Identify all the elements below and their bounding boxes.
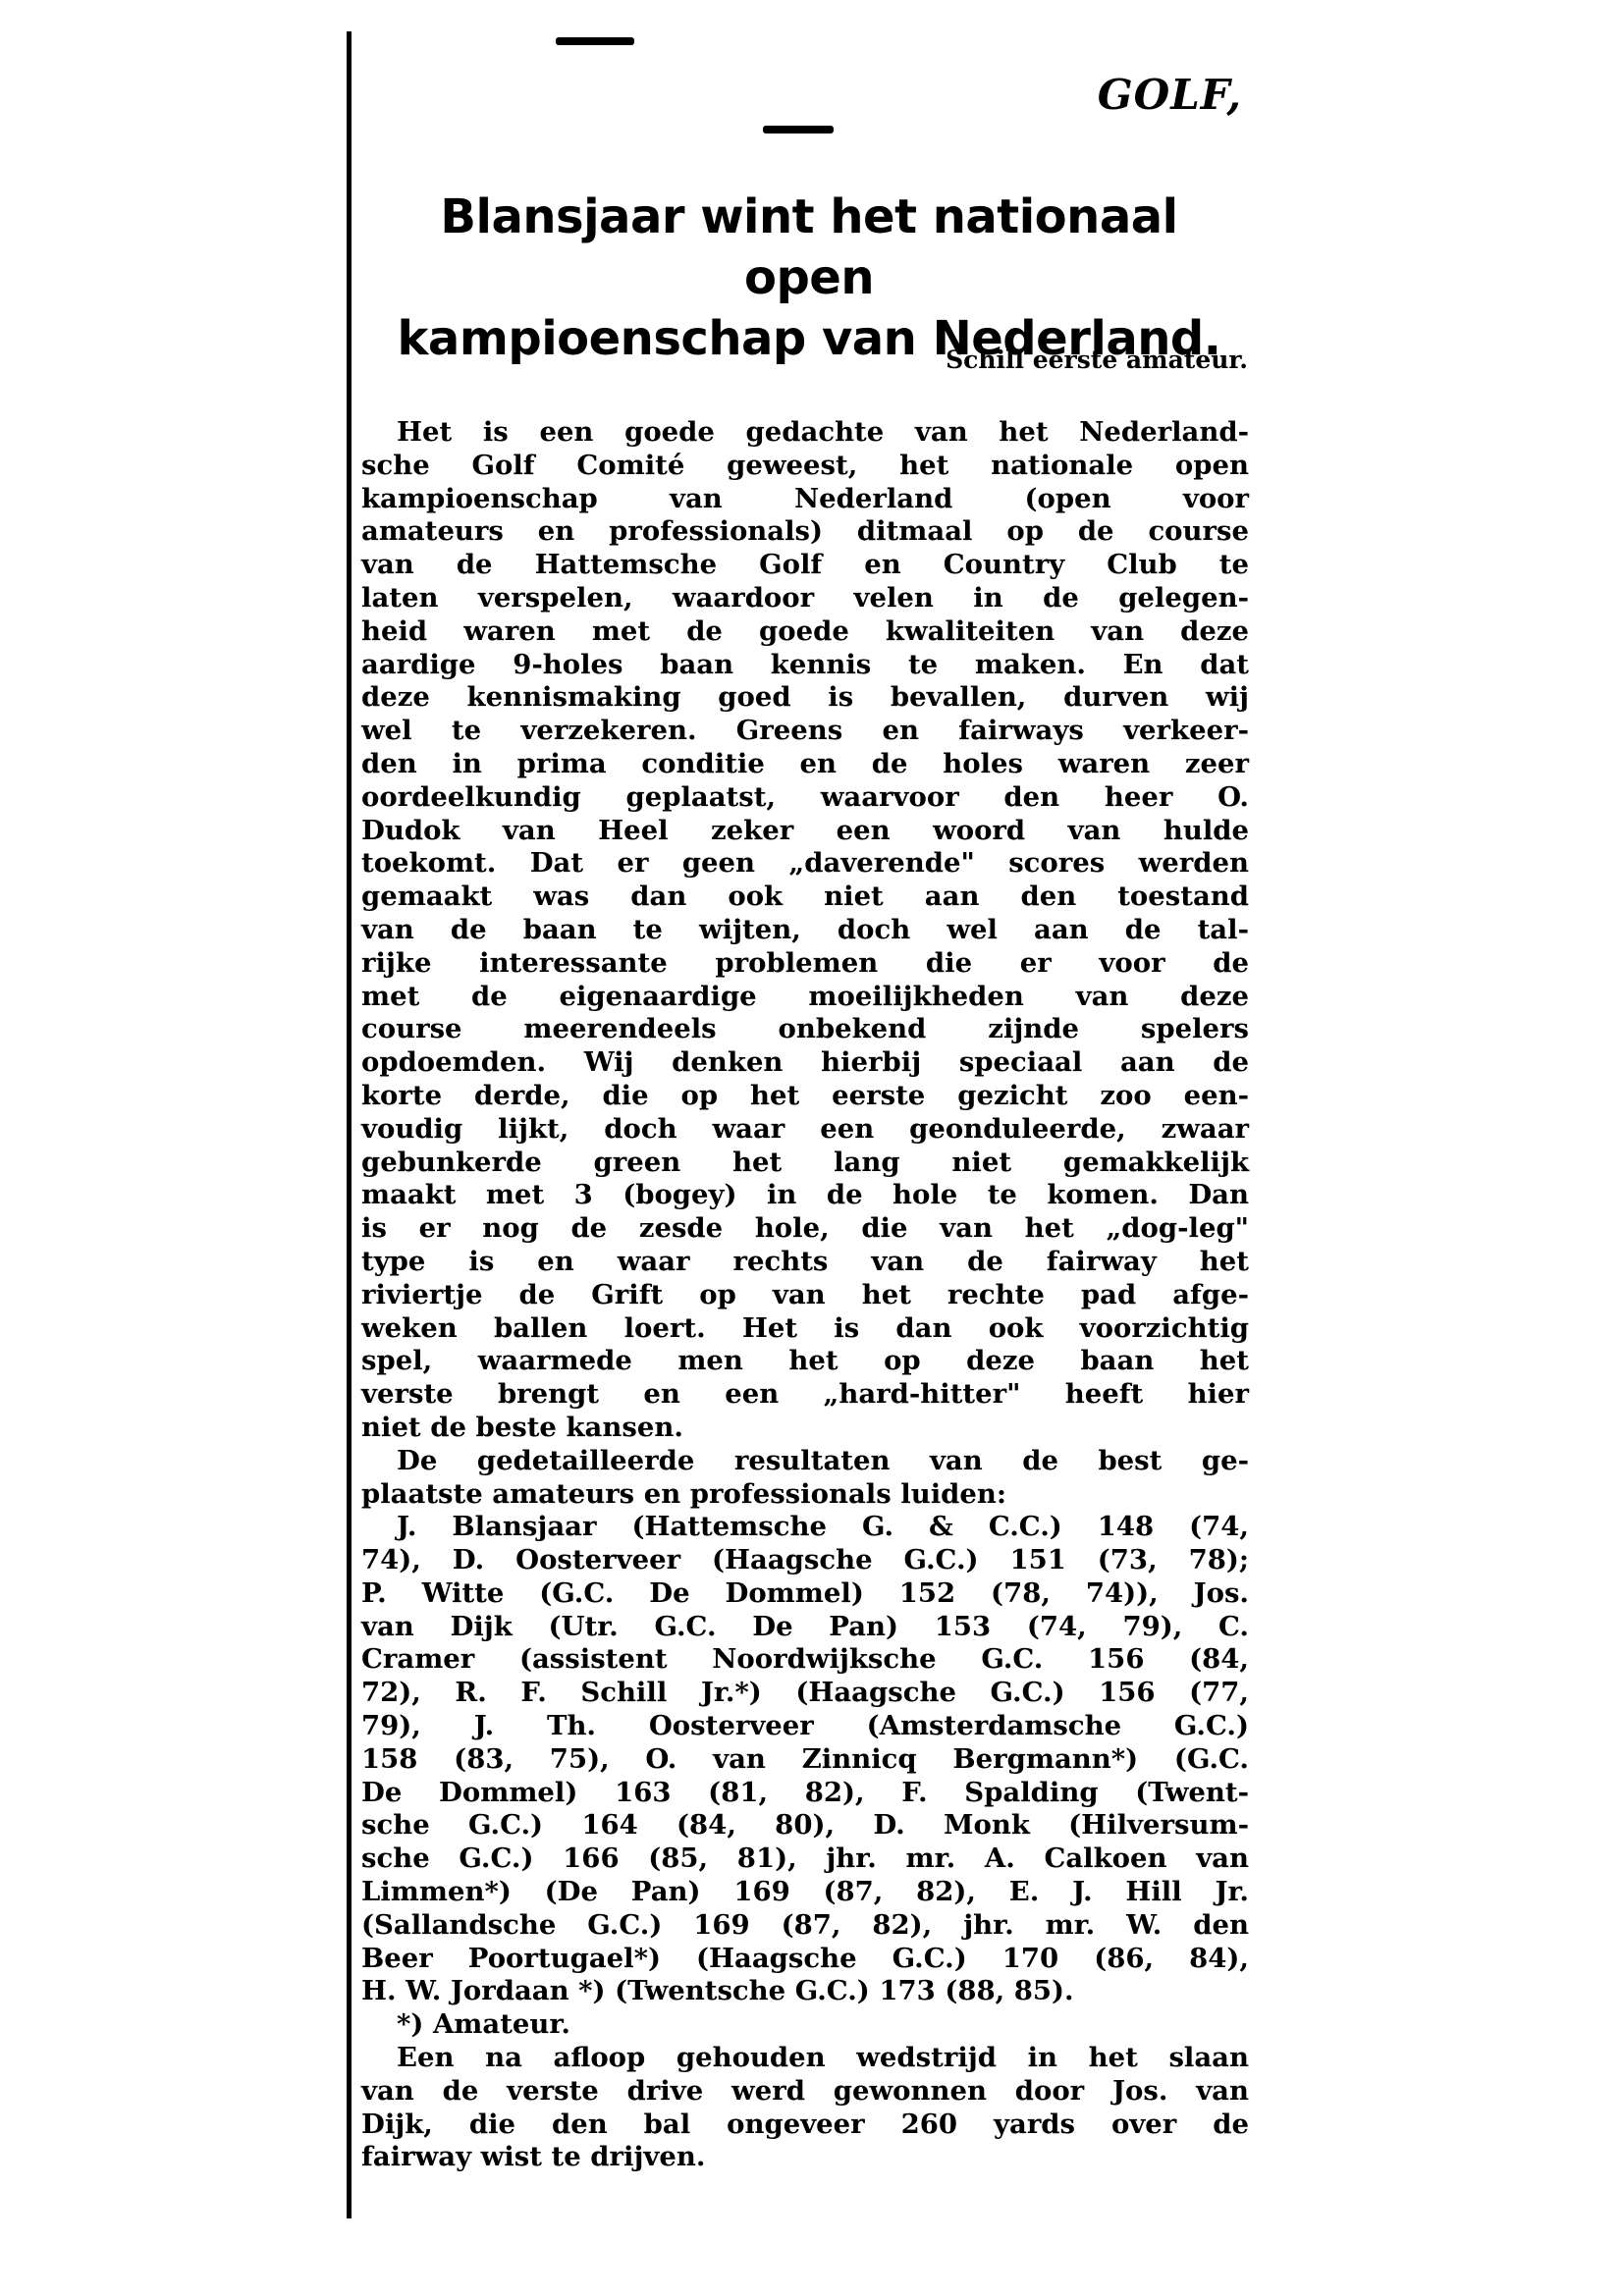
column-rule <box>347 31 352 2218</box>
paragraph: J. Blansjaar (Hattemsche G. & C.C.) 148 … <box>361 1511 1249 2008</box>
paragraph: Een na afloop gehouden wedstrijd in het … <box>361 2042 1249 2174</box>
text-line: voudig lijkt, doch waar een geonduleerde… <box>361 1113 1249 1147</box>
text-line: 158 (83, 75), O. van Zinnicq Bergmann*) … <box>361 1743 1249 1777</box>
text-line: sche G.C.) 166 (85, 81), jhr. mr. A. Cal… <box>361 1842 1249 1876</box>
headline-line-1: Blansjaar wint het nationaal open <box>377 187 1241 308</box>
section-label: GOLF, <box>1098 71 1242 119</box>
text-line: weken ballen loert. Het is dan ook voorz… <box>361 1312 1249 1346</box>
paragraph: Het is een goede gedachte van het Nederl… <box>361 416 1249 1445</box>
text-line: H. W. Jordaan *) (Twentsche G.C.) 173 (8… <box>361 1975 1249 2008</box>
text-line: amateurs en professionals) ditmaal op de… <box>361 515 1249 549</box>
text-line: met de eigenaardige moeilijkheden van de… <box>361 981 1249 1014</box>
text-line: van de baan te wijten, doch wel aan de t… <box>361 914 1249 947</box>
text-line: plaatste amateurs en professionals luide… <box>361 1478 1249 1512</box>
text-line: oordeelkundig geplaatst, waarvoor den he… <box>361 781 1249 815</box>
text-line: riviertje de Grift op van het rechte pad… <box>361 1279 1249 1312</box>
text-line: den in prima conditie en de holes waren … <box>361 748 1249 781</box>
text-line: aardige 9-holes baan kennis te maken. En… <box>361 649 1249 682</box>
text-line: type is en waar rechts van de fairway he… <box>361 1246 1249 1279</box>
text-line: (Sallandsche G.C.) 169 (87, 82), jhr. mr… <box>361 1909 1249 1943</box>
text-line: verste brengt en een „hard-hitter" heeft… <box>361 1378 1249 1412</box>
text-line: Beer Poortugael*) (Haagsche G.C.) 170 (8… <box>361 1943 1249 1976</box>
text-line: wel te verzekeren. Greens en fairways ve… <box>361 715 1249 748</box>
text-line: sche Golf Comité geweest, het nationale … <box>361 450 1249 483</box>
text-line: is er nog de zesde hole, die van het „do… <box>361 1212 1249 1246</box>
text-line: Dijk, die den bal ongeveer 260 yards ove… <box>361 2109 1249 2142</box>
text-line: gebunkerde green het lang niet gemakkeli… <box>361 1147 1249 1180</box>
text-line: Dudok van Heel zeker een woord van hulde <box>361 815 1249 848</box>
text-line: heid waren met de goede kwaliteiten van … <box>361 615 1249 649</box>
text-line: laten verspelen, waardoor velen in de ge… <box>361 582 1249 615</box>
section-divider <box>763 126 834 133</box>
text-line: opdoemden. Wij denken hierbij speciaal a… <box>361 1046 1249 1080</box>
text-line: niet de beste kansen. <box>361 1412 1249 1445</box>
text-line: fairway wist te drijven. <box>361 2141 1249 2174</box>
text-line: van de verste drive werd gewonnen door J… <box>361 2075 1249 2109</box>
text-line: Cramer (assistent Noordwijksche G.C. 156… <box>361 1643 1249 1677</box>
text-line: maakt met 3 (bogey) in de hole te komen.… <box>361 1179 1249 1212</box>
text-line: Limmen*) (De Pan) 169 (87, 82), E. J. Hi… <box>361 1876 1249 1909</box>
text-line: gemaakt was dan ook niet aan den toestan… <box>361 881 1249 914</box>
headline: Blansjaar wint het nationaal open kampio… <box>377 187 1241 369</box>
paragraph: De gedetailleerde resultaten van de best… <box>361 1445 1249 1512</box>
text-line: rijke interessante problemen die er voor… <box>361 947 1249 981</box>
text-line: 74), D. Oosterveer (Haagsche G.C.) 151 (… <box>361 1544 1249 1577</box>
text-line: 72), R. F. Schill Jr.*) (Haagsche G.C.) … <box>361 1677 1249 1710</box>
text-line: course meerendeels onbekend zijnde spele… <box>361 1013 1249 1046</box>
text-line: sche G.C.) 164 (84, 80), D. Monk (Hilver… <box>361 1809 1249 1842</box>
text-line: toekomt. Dat er geen „daverende" scores … <box>361 847 1249 881</box>
text-line: De gedetailleerde resultaten van de best… <box>361 1445 1249 1478</box>
text-line: van de Hattemsche Golf en Country Club t… <box>361 549 1249 582</box>
text-line: De Dommel) 163 (81, 82), F. Spalding (Tw… <box>361 1777 1249 1810</box>
text-line: korte derde, die op het eerste gezicht z… <box>361 1080 1249 1113</box>
text-line: Het is een goede gedachte van het Nederl… <box>361 416 1249 450</box>
paragraph: *) Amateur. <box>361 2008 1249 2042</box>
text-line: Een na afloop gehouden wedstrijd in het … <box>361 2042 1249 2075</box>
text-line: P. Witte (G.C. De Dommel) 152 (78, 74)),… <box>361 1577 1249 1611</box>
text-line: deze kennismaking goed is bevallen, durv… <box>361 681 1249 715</box>
text-line: spel, waarmede men het op deze baan het <box>361 1345 1249 1378</box>
top-divider <box>556 37 634 45</box>
text-line: J. Blansjaar (Hattemsche G. & C.C.) 148 … <box>361 1511 1249 1544</box>
text-line: van Dijk (Utr. G.C. De Pan) 153 (74, 79)… <box>361 1611 1249 1644</box>
article-body: Het is een goede gedachte van het Nederl… <box>361 416 1249 2174</box>
text-line: 79), J. Th. Oosterveer (Amsterdamsche G.… <box>361 1710 1249 1743</box>
text-line: kampioenschap van Nederland (open voor <box>361 483 1249 516</box>
subheadline: Schill eerste amateur. <box>946 346 1248 374</box>
text-line: *) Amateur. <box>361 2008 1249 2042</box>
